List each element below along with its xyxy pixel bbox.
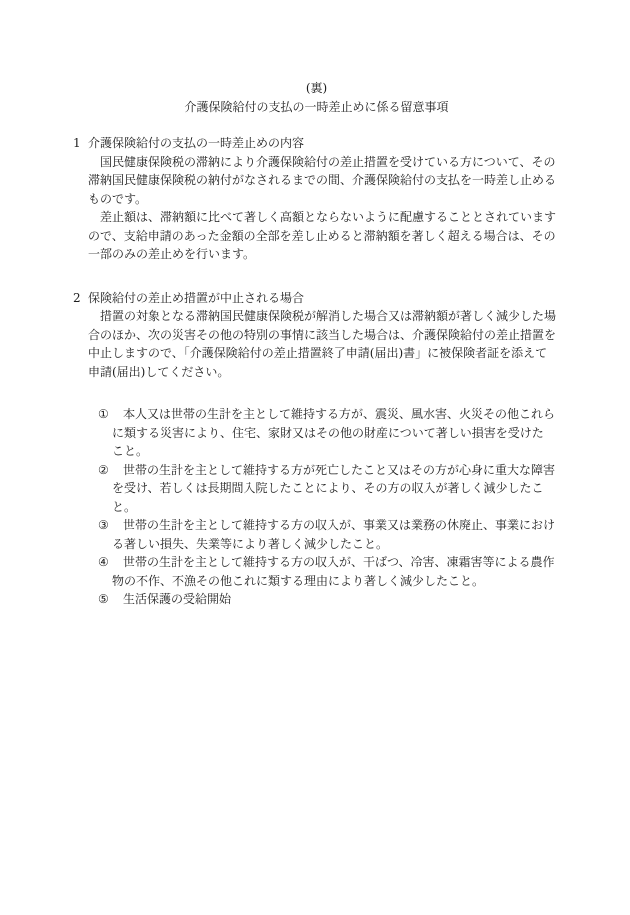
section-1-paragraph-1: 国民健康保険税の滞納により介護保険給付の差止措置を受けている方について、その 滞… (73, 153, 560, 209)
paragraph-line: 国民健康保険税の滞納により介護保険給付の差止措置を受けている方について、その (73, 153, 560, 172)
section-2-heading-text: 保険給付の差止め措置が中止される場合 (88, 291, 304, 305)
list-item-2-marker: ② (98, 461, 123, 480)
paragraph-line: 滞納国民健康保険税の納付がなされるまでの間、介護保険給付の支払を一時差し止める (73, 171, 560, 190)
condition-list: ①本人又は世帯の生計を主として維持する方が、震災、風水害、火災その他これら に類… (73, 405, 560, 609)
list-item-first-line: ③世帯の生計を主として維持する方の収入が、事業又は業務の休廃止、事業におけ (73, 516, 560, 535)
section-2-paragraph-1: 措置の対象となる滞納国民健康保険税が解消した場合又は滞納額が著しく減少した場 合… (73, 307, 560, 381)
list-item-first-line: ⑤生活保護の受給開始 (73, 590, 560, 609)
section-1-paragraph-2: 差止額は、滞納額に比べて著しく高額とならないように配慮することとされています の… (73, 208, 560, 264)
paragraph-line: 申請(届出)してください。 (73, 363, 560, 382)
section-1-heading-text: 介護保険給付の支払の一時差止めの内容 (88, 136, 304, 150)
list-item-first-line: ①本人又は世帯の生計を主として維持する方が、震災、風水害、火災その他これら (73, 405, 560, 424)
paragraph-line: 措置の対象となる滞納国民健康保険税が解消した場合又は滞納額が著しく減少した場 (73, 307, 560, 326)
paragraph-line: 差止額は、滞納額に比べて著しく高額とならないように配慮することとされています (73, 208, 560, 227)
list-item-first-line: ②世帯の生計を主として維持する方が死亡したこと又はその方が心身に重大な障害 (73, 461, 560, 480)
list-item-line: 世帯の生計を主として維持する方の収入が、干ばつ、冷害、凍霜害等による農作 (123, 555, 555, 569)
section-2-number: 2 (73, 289, 88, 308)
paragraph-line: ものです。 (73, 190, 560, 209)
section-2-heading: 2保険給付の差止め措置が中止される場合 (73, 289, 560, 308)
list-item-line: 世帯の生計を主として維持する方が死亡したこと又はその方が心身に重大な障害 (123, 463, 555, 477)
list-item-1-marker: ① (98, 405, 123, 424)
list-item-3-marker: ③ (98, 516, 123, 535)
section-1-heading: 1介護保険給付の支払の一時差止めの内容 (73, 134, 560, 153)
list-item-line: 世帯の生計を主として維持する方の収入が、事業又は業務の休廃止、事業におけ (123, 518, 555, 532)
list-item-line: を受け、若しくは長期間入院したことにより、その方の収入が著しく減少したこ (73, 479, 560, 498)
paragraph-line: 一部のみの差止めを行います。 (73, 245, 560, 264)
document-page: (裏) 介護保険給付の支払の一時差止めに係る留意事項 1介護保険給付の支払の一時… (0, 0, 630, 915)
list-item-line: こと。 (73, 442, 560, 461)
list-item-line: る著しい損失、失業等により著しく減少したこと。 (73, 535, 560, 554)
list-item-line: と。 (73, 498, 560, 517)
list-item-4: ④世帯の生計を主として維持する方の収入が、干ばつ、冷害、凍霜害等による農作 物の… (73, 553, 560, 590)
list-item-2: ②世帯の生計を主として維持する方が死亡したこと又はその方が心身に重大な障害 を受… (73, 461, 560, 517)
document-title: 介護保険給付の支払の一時差止めに係る留意事項 (73, 98, 560, 117)
paragraph-line: ので、支給申請のあった金額の全部を差し止めると滞納額を著しく超える場合は、その (73, 227, 560, 246)
list-item-line: 生活保護の受給開始 (123, 592, 231, 606)
list-item-first-line: ④世帯の生計を主として維持する方の収入が、干ばつ、冷害、凍霜害等による農作 (73, 553, 560, 572)
page-side-label: (裏) (73, 79, 560, 98)
list-item-5-marker: ⑤ (98, 590, 123, 609)
list-item-3: ③世帯の生計を主として維持する方の収入が、事業又は業務の休廃止、事業におけ る著… (73, 516, 560, 553)
list-item-line: 物の不作、不漁その他これに類する理由により著しく減少したこと。 (73, 572, 560, 591)
list-item-1: ①本人又は世帯の生計を主として維持する方が、震災、風水害、火災その他これら に類… (73, 405, 560, 461)
list-item-line: 本人又は世帯の生計を主として維持する方が、震災、風水害、火災その他これら (123, 407, 555, 421)
section-1-number: 1 (73, 134, 88, 153)
list-item-5: ⑤生活保護の受給開始 (73, 590, 560, 609)
list-item-line: に類する災害により、住宅、家財又はその他の財産について著しい損害を受けた (73, 424, 560, 443)
list-item-4-marker: ④ (98, 553, 123, 572)
paragraph-line: 中止しますので、「介護保険給付の差止措置終了申請(届出)書」に被保険者証を添えて (73, 344, 560, 363)
paragraph-line: 合のほか、次の災害その他の特別の事情に該当した場合は、介護保険給付の差止措置を (73, 326, 560, 345)
